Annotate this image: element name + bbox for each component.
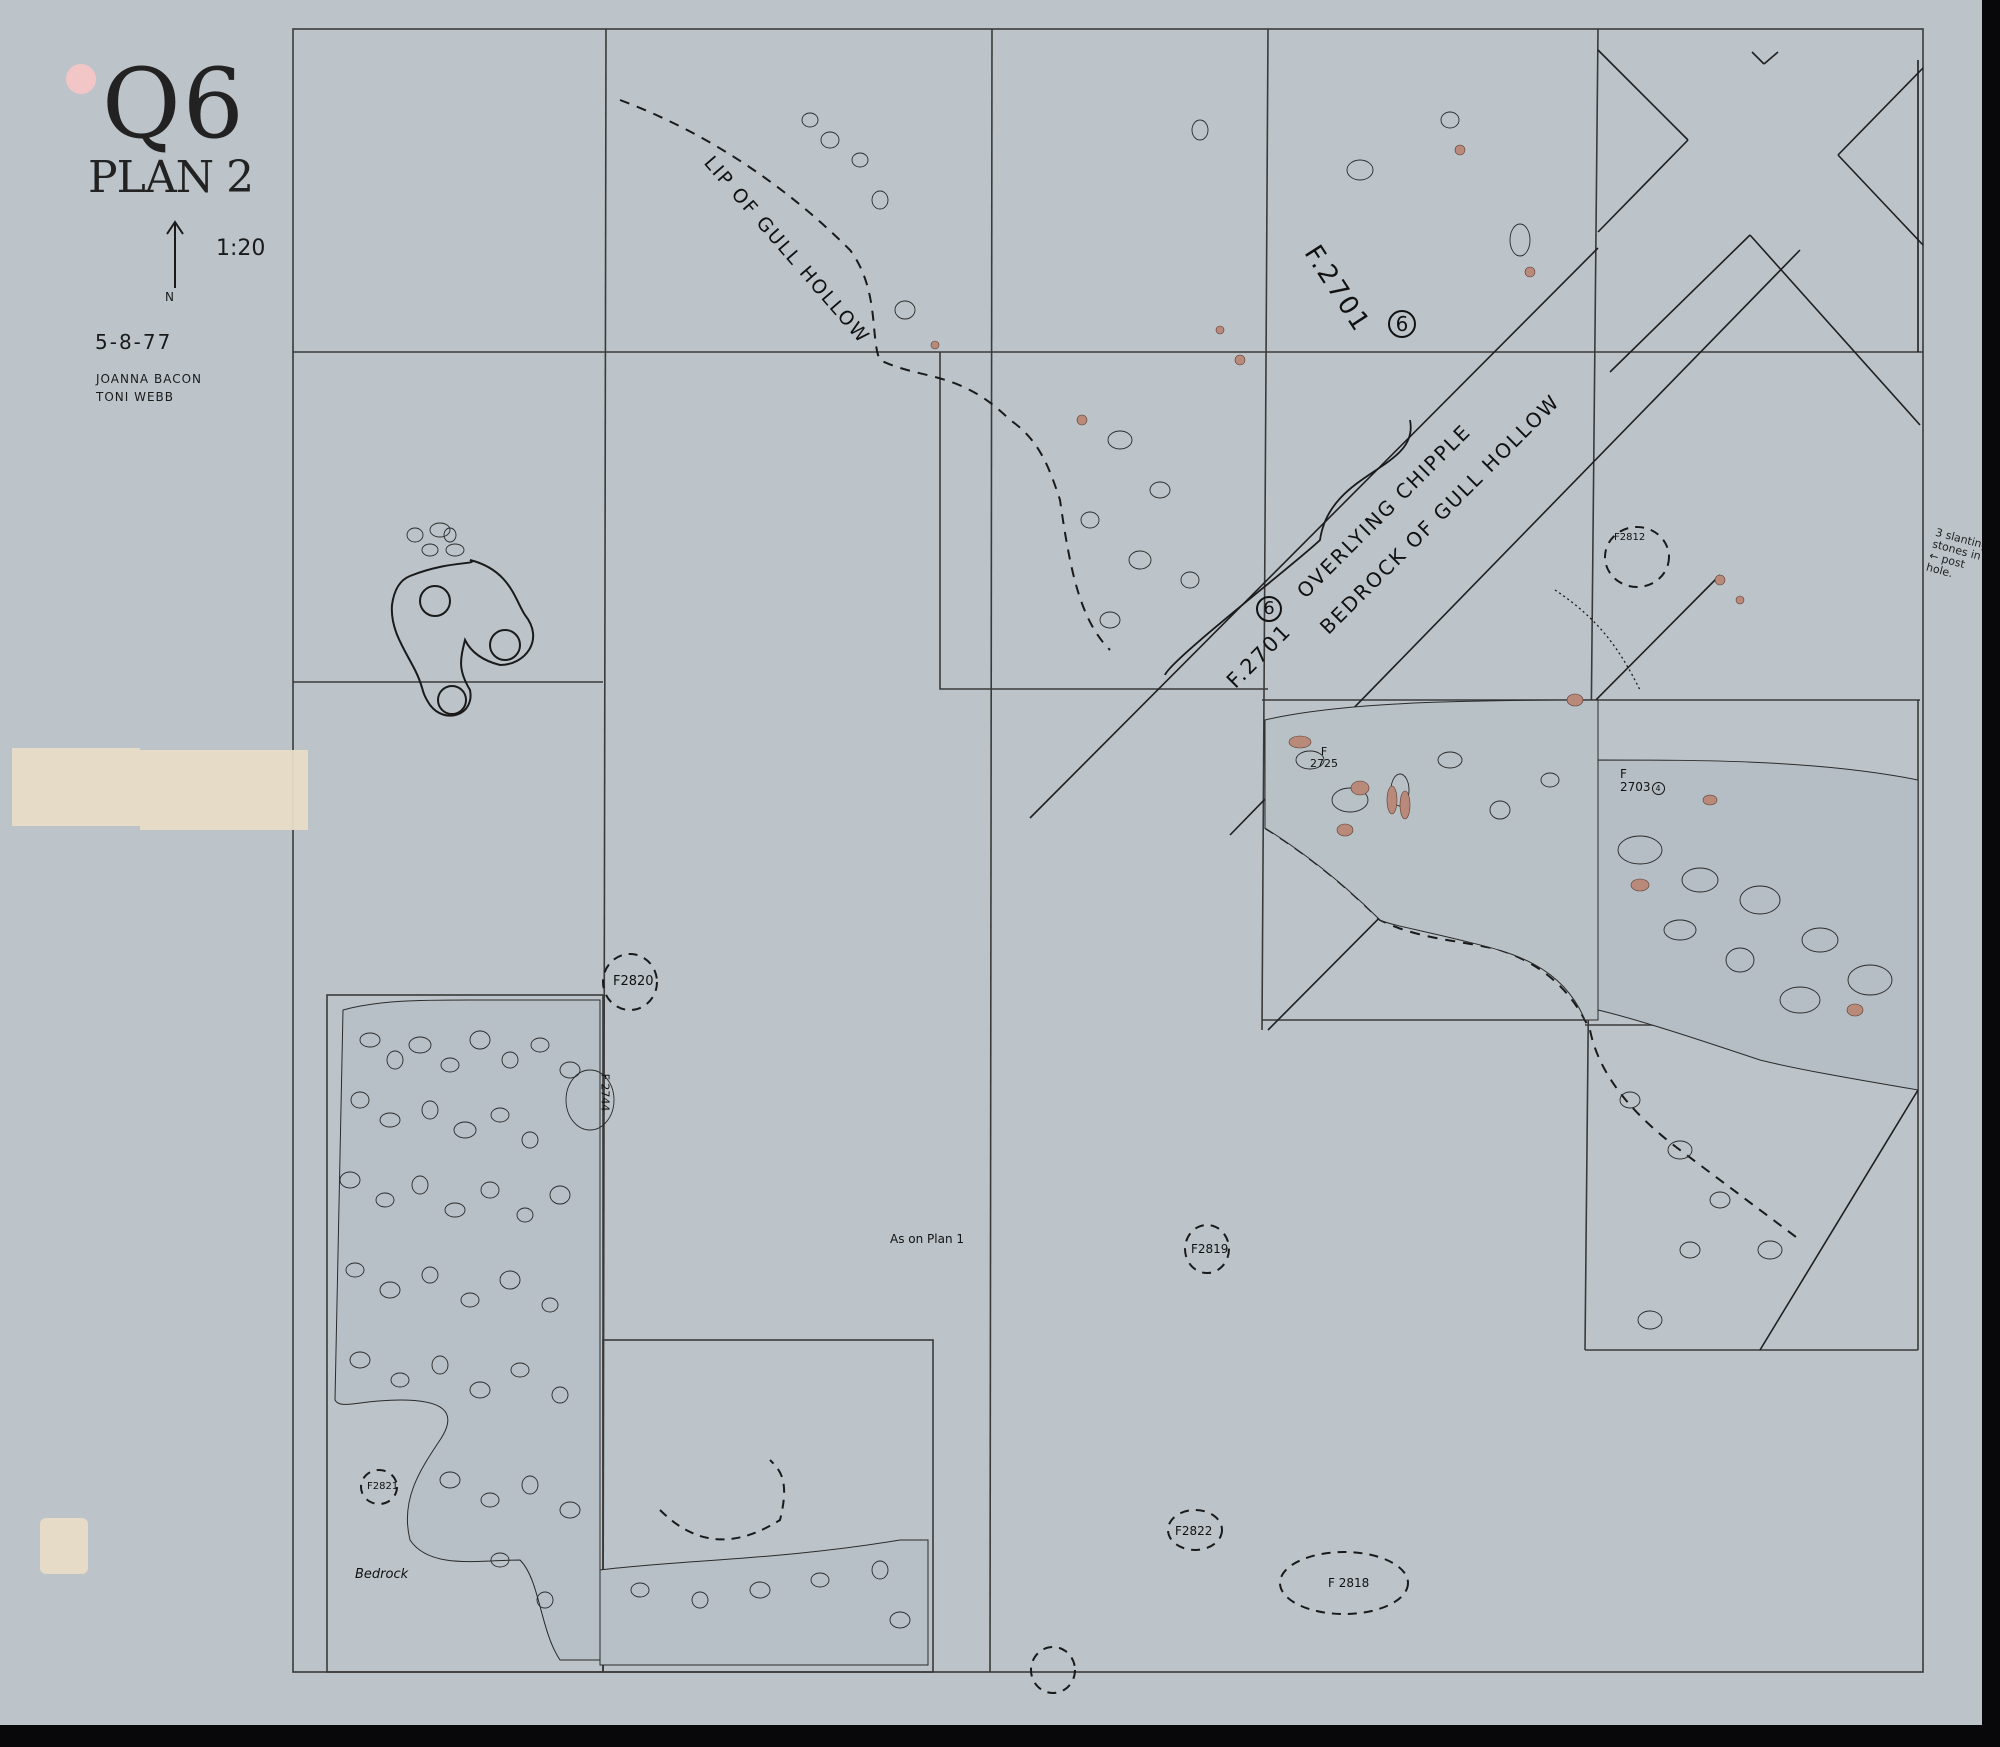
feature-f2819-label: F2819 xyxy=(1191,1242,1228,1256)
feature-f2818-label: F 2818 xyxy=(1328,1576,1369,1590)
scan-edge-right xyxy=(1982,0,2000,1747)
as-on-plan-1-note: As on Plan 1 xyxy=(890,1232,964,1246)
stone-scatter xyxy=(335,700,1918,1665)
f2703-context-badge: 4 xyxy=(1652,782,1665,795)
plan-sheet: Q6 PLAN 2 1:20 N 5-8-77 JOANNA BACON TON… xyxy=(0,0,2000,1747)
tape-fragment-bottom xyxy=(40,1518,88,1574)
author-1: JOANNA BACON xyxy=(96,372,202,386)
site-plan-drawing xyxy=(0,0,2000,1747)
north-arrow-shape xyxy=(167,222,183,288)
marker-dot xyxy=(66,64,96,94)
f2701-context-badge-upper: 6 xyxy=(1388,310,1416,338)
feature-f2744-label: F 2744 xyxy=(598,1074,611,1112)
feature-f2820-label: F2820 xyxy=(613,974,654,989)
drawing-date: 5-8-77 xyxy=(95,330,172,354)
scan-edge-bottom xyxy=(0,1725,2000,1747)
plan-title: PLAN 2 xyxy=(88,152,253,203)
f2701-context-badge-diag: 6 xyxy=(1256,596,1282,622)
feature-f2812-label: F2812 xyxy=(1614,532,1645,543)
feature-f2821-label: F2821 xyxy=(367,1481,398,1492)
scale-label: 1:20 xyxy=(216,236,265,261)
feature-f2703-label: F 27034 xyxy=(1620,768,1665,795)
north-label: N xyxy=(165,290,174,304)
author-2: TONI WEBB xyxy=(96,390,174,404)
hachure-line xyxy=(1555,590,1640,690)
site-code-title: Q6 xyxy=(102,48,246,160)
feature-f2725-label: F 2725 xyxy=(1310,746,1338,770)
tape-strip-left xyxy=(12,748,140,826)
feature-f2822-label: F2822 xyxy=(1175,1524,1212,1538)
bedrock-note: Bedrock xyxy=(355,1567,408,1582)
posthole-cluster xyxy=(392,560,533,716)
tape-strip-right xyxy=(140,750,308,830)
